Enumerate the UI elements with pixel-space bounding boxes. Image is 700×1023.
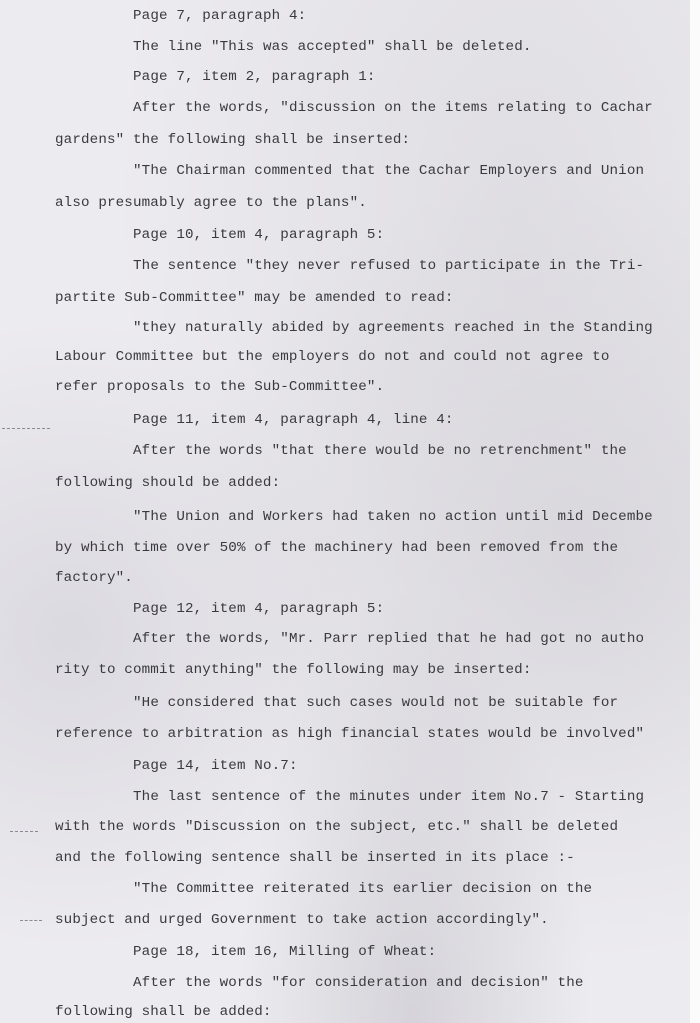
text-line: partite Sub-Committee" may be amended to… [55, 289, 454, 307]
text-line: The last sentence of the minutes under i… [133, 788, 644, 806]
quoted-line: by which time over 50% of the machinery … [55, 539, 618, 557]
margin-mark [10, 831, 38, 833]
quoted-line: "The Committee reiterated its earlier de… [133, 880, 592, 898]
margin-mark [20, 920, 42, 922]
quoted-line: Labour Committee but the employers do no… [55, 348, 610, 366]
text-line: with the words "Discussion on the subjec… [55, 818, 618, 836]
section-heading: Page 12, item 4, paragraph 5: [133, 600, 384, 618]
quoted-line: also presumably agree to the plans". [55, 194, 367, 212]
quoted-line: subject and urged Government to take act… [55, 911, 549, 929]
margin-mark [2, 428, 50, 430]
text-line: After the words "for consideration and d… [133, 974, 584, 992]
quoted-line: reference to arbitration as high financi… [55, 725, 644, 743]
text-line: After the words "that there would be no … [133, 442, 627, 460]
text-line: After the words, "Mr. Parr replied that … [133, 630, 644, 648]
quoted-line: "they naturally abided by agreements rea… [133, 319, 653, 337]
text-line: following should be added: [55, 474, 280, 492]
text-line: rity to commit anything" the following m… [55, 661, 532, 679]
text-line: gardens" the following shall be inserted… [55, 131, 410, 149]
section-heading: Page 14, item No.7: [133, 757, 298, 775]
section-heading: Page 10, item 4, paragraph 5: [133, 226, 384, 244]
section-heading: Page 11, item 4, paragraph 4, line 4: [133, 411, 454, 429]
quoted-line: factory". [55, 569, 133, 587]
section-heading: Page 18, item 16, Milling of Wheat: [133, 943, 436, 961]
quoted-line: "The Union and Workers had taken no acti… [133, 508, 653, 526]
section-heading: Page 7, item 2, paragraph 1: [133, 68, 376, 86]
text-line: and the following sentence shall be inse… [55, 849, 575, 867]
quoted-line: "The Chairman commented that the Cachar … [133, 162, 644, 180]
quoted-line: "He considered that such cases would not… [133, 694, 618, 712]
quoted-line: refer proposals to the Sub-Committee". [55, 378, 384, 396]
text-line: The sentence "they never refused to part… [133, 257, 644, 275]
page-edge [690, 0, 700, 1023]
text-line: following shall be added: [55, 1003, 272, 1021]
text-line: The line "This was accepted" shall be de… [133, 38, 532, 56]
section-heading: Page 7, paragraph 4: [133, 7, 306, 25]
text-line: After the words, "discussion on the item… [133, 99, 653, 117]
